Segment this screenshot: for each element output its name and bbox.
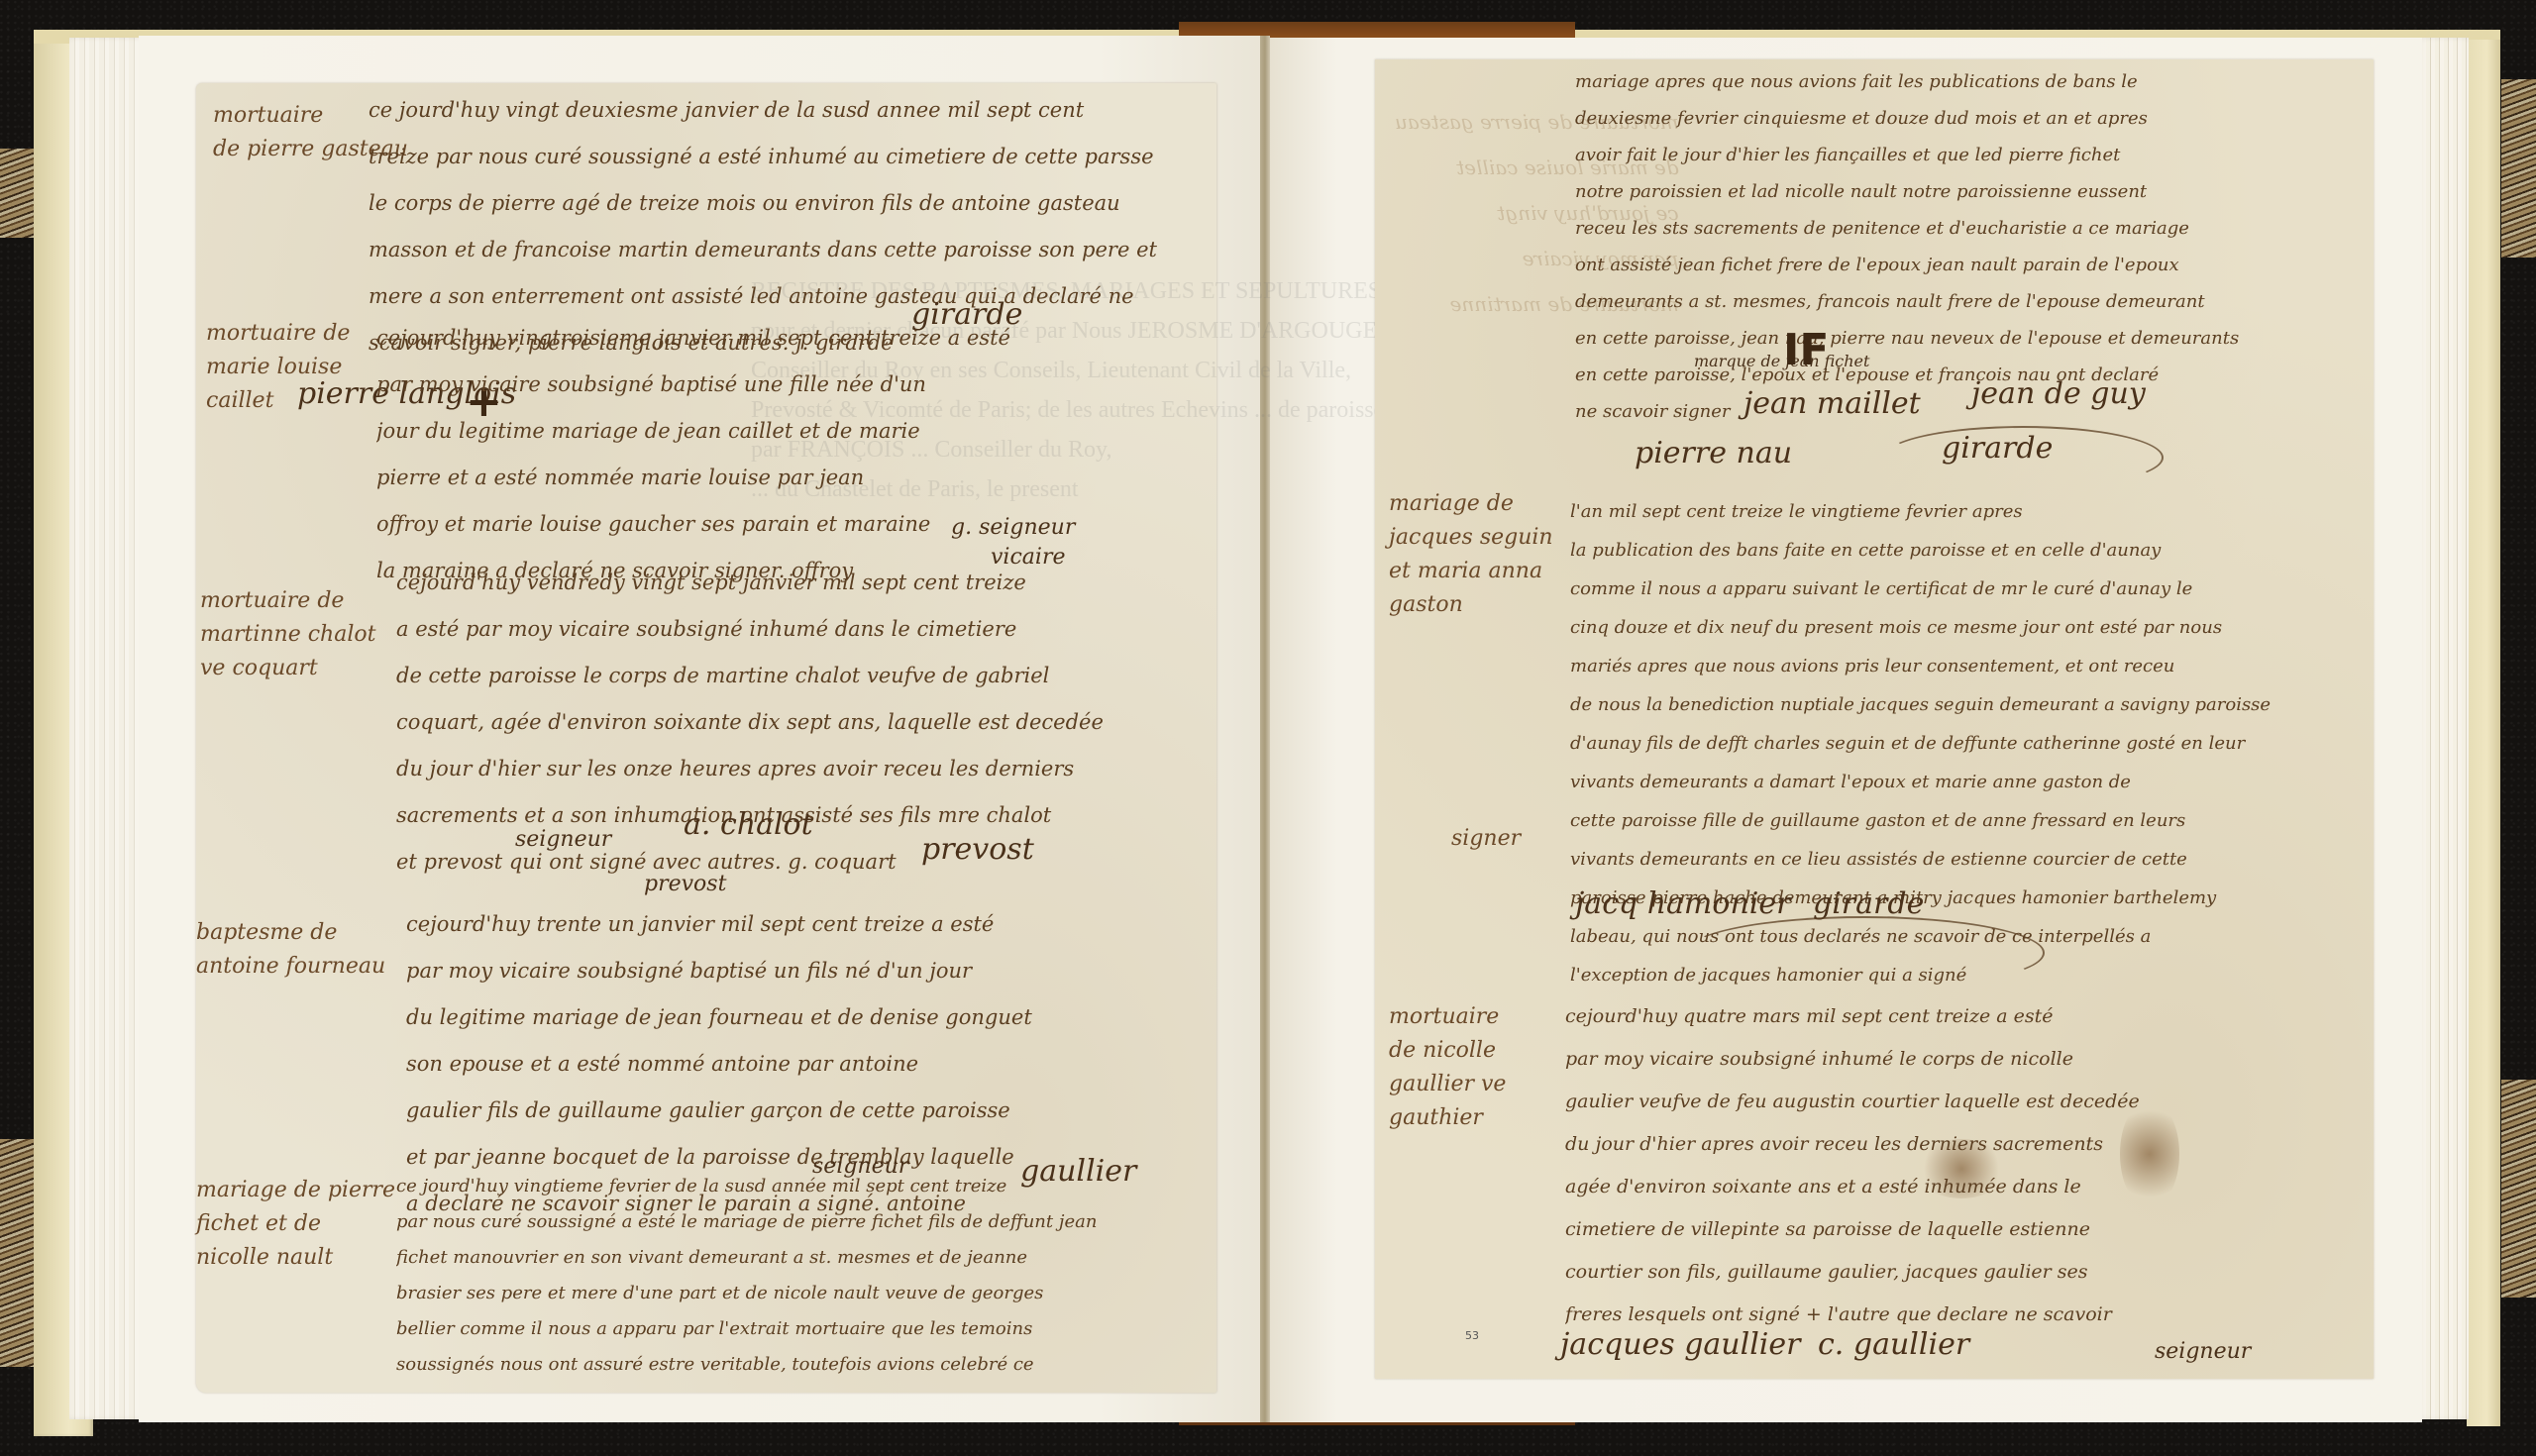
page-number: 53: [1465, 1329, 1479, 1342]
margin-note-entry-7: mariage de jacques seguin et maria anna …: [1389, 487, 1553, 622]
margin-note-entry-5: mariage de pierre fichet et de nicolle n…: [196, 1174, 395, 1275]
book-cover-right-edge: [2467, 30, 2500, 1426]
entry-6-text: mariage apres que nous avions fait les p…: [1575, 63, 2239, 430]
margin-note-signer: signer: [1451, 822, 1521, 856]
entry-5-text: ce jourd'huy vingtieme fevrier de la sus…: [396, 1169, 1097, 1383]
mark-label-jean-fichet: marque de jean fichet: [1694, 352, 1869, 370]
marbled-endpaper-top-right: [2501, 79, 2536, 258]
signature-jean-de-guy: jean de guy: [1971, 376, 2146, 411]
signature-c-gaullier: c. gaullier: [1818, 1327, 1969, 1362]
signature-jean-maillet: jean maillet: [1743, 386, 1921, 421]
open-register-book: REGISTRE DES BAPTESMES, MARIAGES ET SEPU…: [0, 0, 2536, 1456]
margin-note-entry-3: mortuaire de martinne chalot ve coquart: [200, 584, 375, 685]
entry-8-text: cejourd'huy quatre mars mil sept cent tr…: [1565, 995, 2140, 1336]
signature-a-chalot: a. chalot: [684, 807, 813, 842]
margin-note-entry-2: mortuaire de marie louise caillet: [206, 317, 350, 418]
marbled-endpaper-bottom-right: [2501, 1080, 2536, 1298]
margin-note-entry-4: baptesme de antoine fourneau: [196, 916, 385, 984]
signature-seigneur-vicaire: g. seigneur: [951, 515, 1075, 540]
signature-seigneur-3: seigneur: [2155, 1339, 2251, 1364]
entry-2-text: cejourd'huy vingtroisieme janvier mil se…: [376, 315, 1010, 594]
book-gutter: [1260, 36, 1270, 1422]
signature-jacques-gaullier: jacques gaullier: [1560, 1327, 1801, 1362]
signature-pierre-nau: pierre nau: [1635, 436, 1792, 470]
mark-IF: IF: [1783, 325, 1829, 375]
signature-flourish-2: [1684, 916, 2045, 989]
margin-note-entry-8: mortuaire de nicolle gaullier ve gauthie…: [1389, 1000, 1506, 1135]
signature-prevost-2: prevost: [644, 872, 726, 896]
signature-prevost: prevost: [921, 832, 1034, 867]
page-edges-left: [69, 38, 149, 1419]
signature-flourish: [1882, 426, 2164, 489]
signature-seigneur: seigneur: [515, 827, 611, 852]
page-edges-right: [2417, 38, 2469, 1419]
signature-jacq-hamonier: jacq hamonier: [1575, 886, 1790, 921]
